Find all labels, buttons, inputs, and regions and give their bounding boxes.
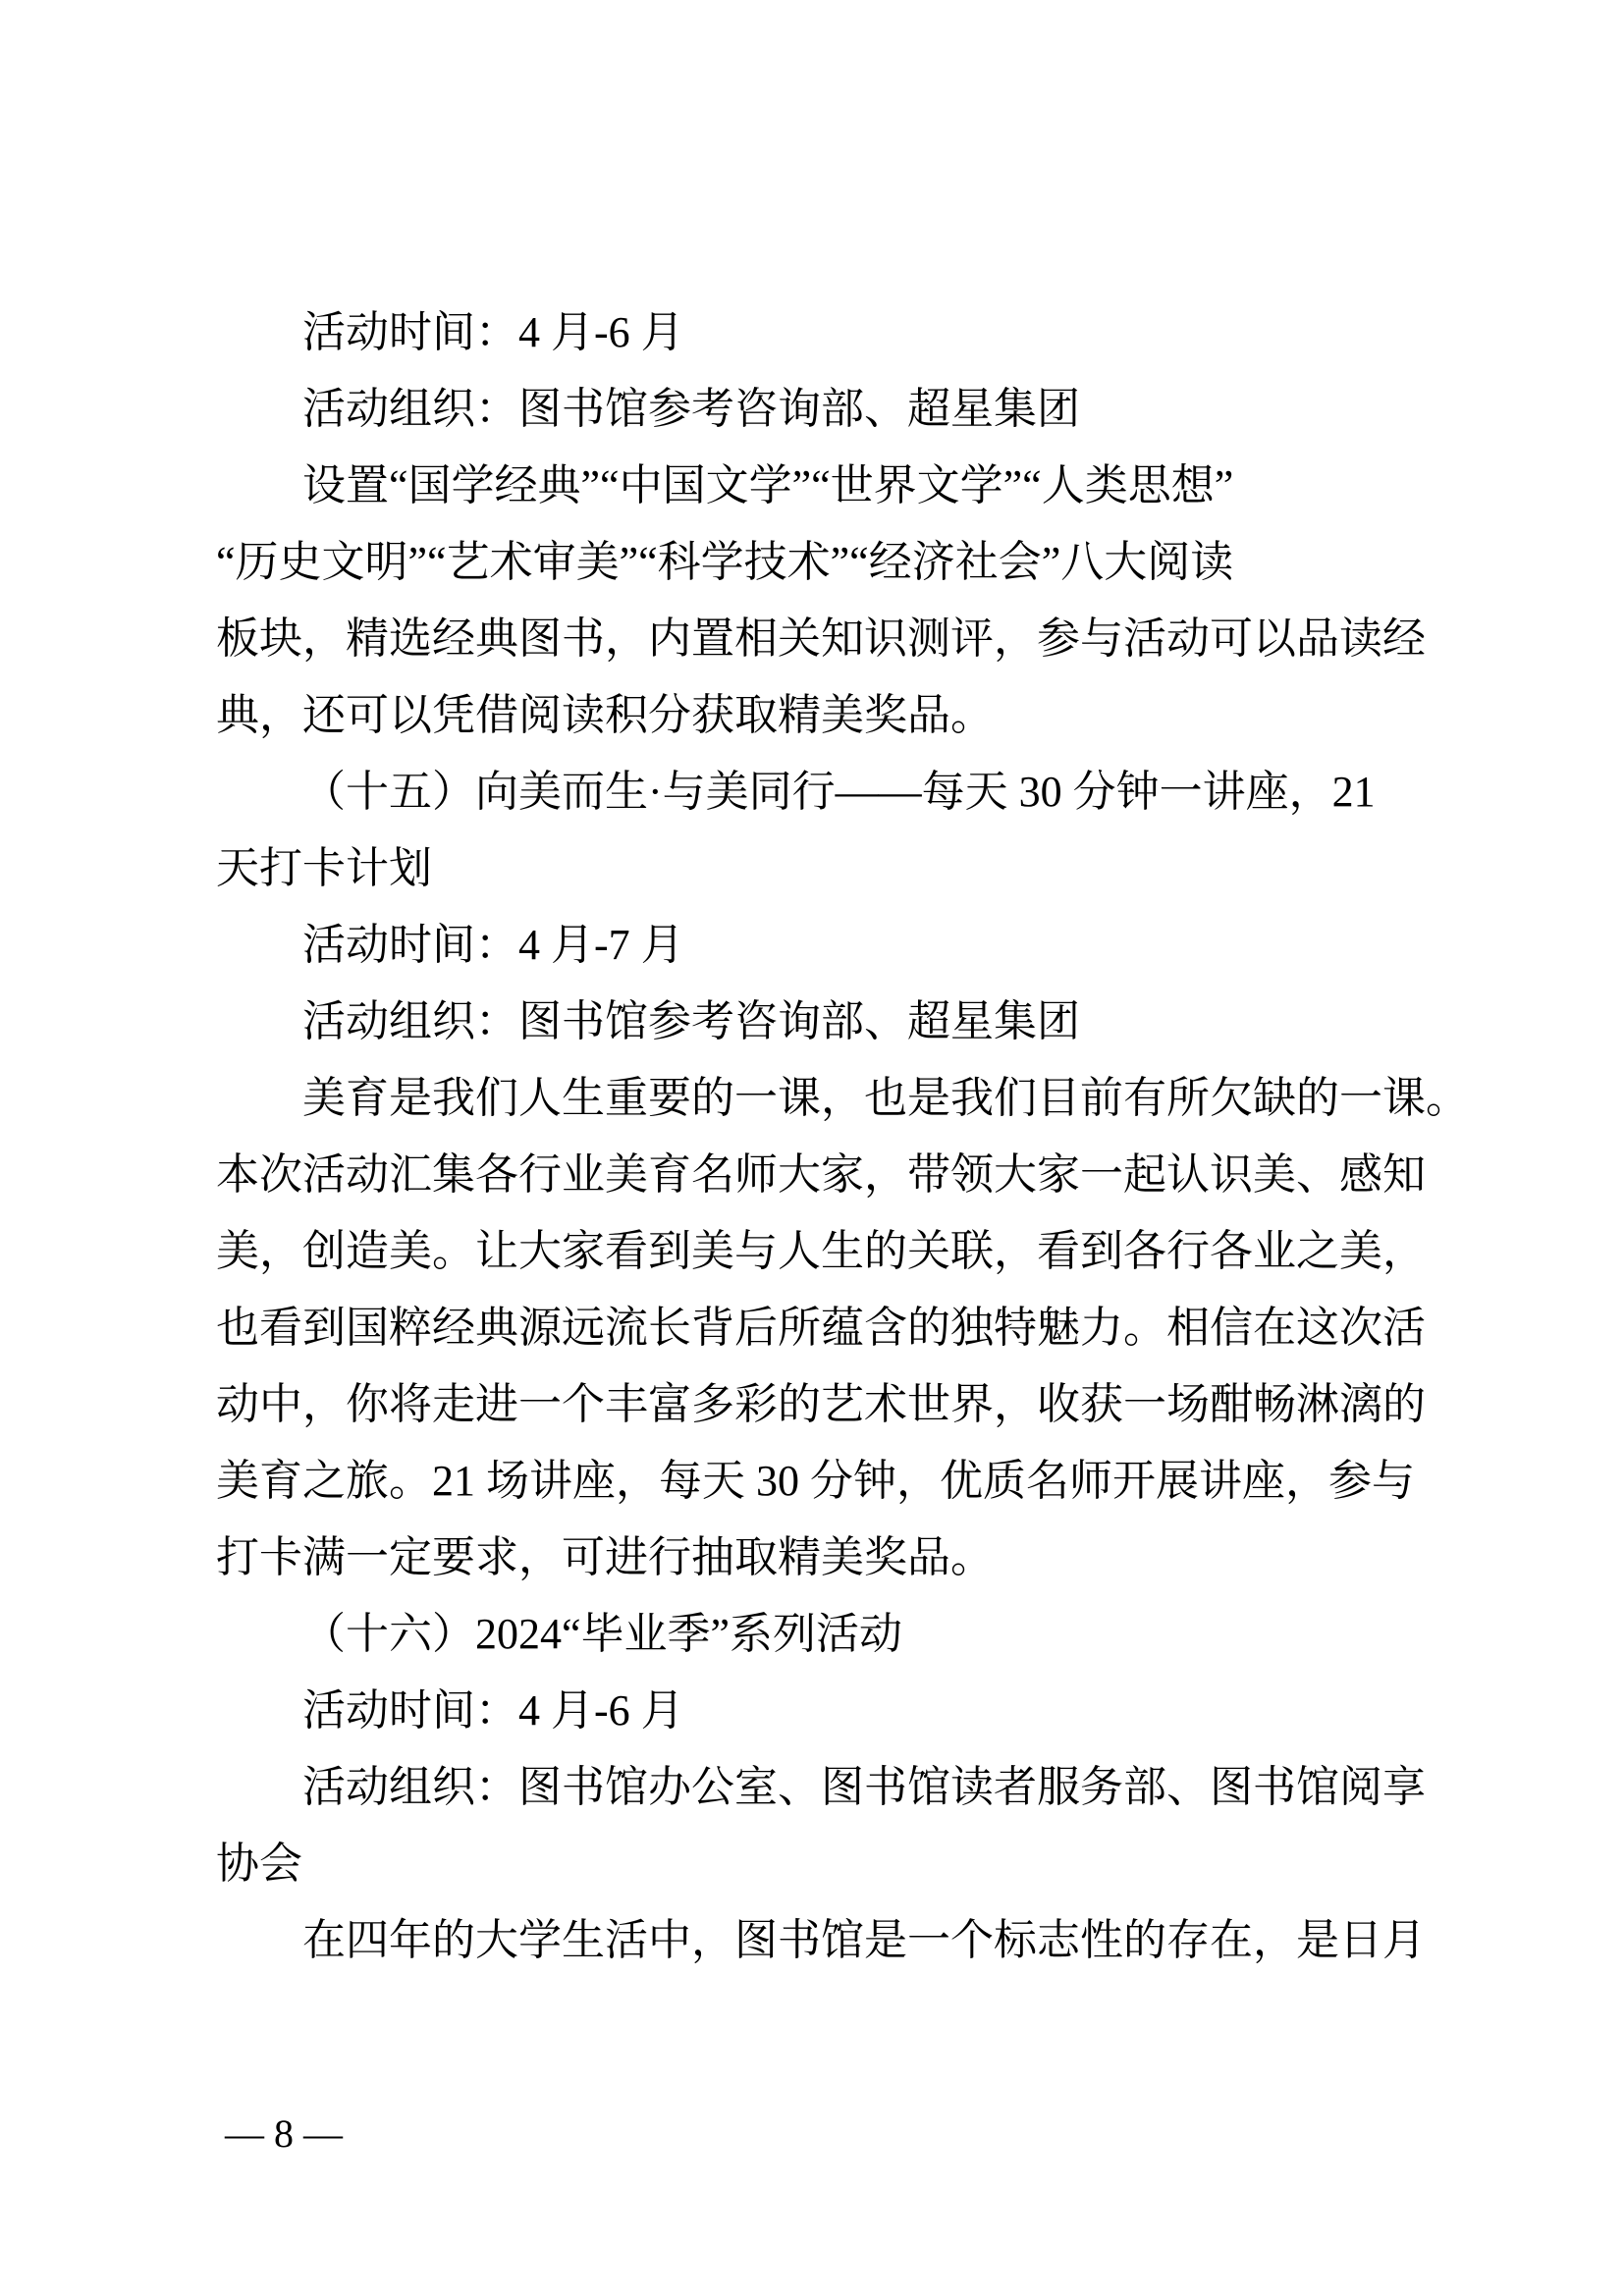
text-line: 活动组织：图书馆参考咨询部、超星集团 — [216, 984, 1426, 1060]
text-line: 活动时间：4 月-6 月 — [216, 294, 1426, 371]
text-line: 在四年的大学生活中，图书馆是一个标志性的存在，是日月 — [216, 1902, 1426, 1979]
text-line: “历史文明”“艺术审美”“科学技术”“经济社会”八大阅读 — [216, 524, 1426, 601]
text-line: （十五）向美而生·与美同行——每天 30 分钟一讲座，21 — [216, 754, 1426, 830]
text-line: 协会 — [216, 1826, 1426, 1902]
document-body: 活动时间：4 月-6 月活动组织：图书馆参考咨询部、超星集团设置“国学经典”“中… — [216, 294, 1426, 1979]
page-number: — 8 — — [210, 2110, 357, 2158]
text-line: 活动时间：4 月-6 月 — [216, 1673, 1426, 1749]
text-line: 活动时间：4 月-7 月 — [216, 907, 1426, 984]
text-line: （十六）2024“毕业季”系列活动 — [216, 1596, 1426, 1673]
document-page: 活动时间：4 月-6 月活动组织：图书馆参考咨询部、超星集团设置“国学经典”“中… — [0, 0, 1624, 2296]
text-line: 动中，你将走进一个丰富多彩的艺术世界，收获一场酣畅淋漓的 — [216, 1366, 1426, 1443]
text-line: 本次活动汇集各行业美育名师大家，带领大家一起认识美、感知 — [216, 1137, 1426, 1213]
text-line: 天打卡计划 — [216, 830, 1426, 907]
text-line: 活动组织：图书馆参考咨询部、超星集团 — [216, 371, 1426, 448]
text-line: 板块，精选经典图书，内置相关知识测评，参与活动可以品读经 — [216, 601, 1426, 677]
text-line: 打卡满一定要求，可进行抽取精美奖品。 — [216, 1520, 1426, 1596]
text-line: 美育是我们人生重要的一课，也是我们目前有所欠缺的一课。 — [216, 1060, 1426, 1137]
text-line: 活动组织：图书馆办公室、图书馆读者服务部、图书馆阅享 — [216, 1749, 1426, 1826]
text-line: 美，创造美。让大家看到美与人生的关联，看到各行各业之美， — [216, 1213, 1426, 1290]
text-line: 设置“国学经典”“中国文学”“世界文学”“人类思想” — [216, 448, 1426, 524]
text-line: 也看到国粹经典源远流长背后所蕴含的独特魅力。相信在这次活 — [216, 1290, 1426, 1366]
text-line: 典，还可以凭借阅读积分获取精美奖品。 — [216, 677, 1426, 754]
text-line: 美育之旅。21 场讲座，每天 30 分钟，优质名师开展讲座，参与 — [216, 1443, 1426, 1520]
